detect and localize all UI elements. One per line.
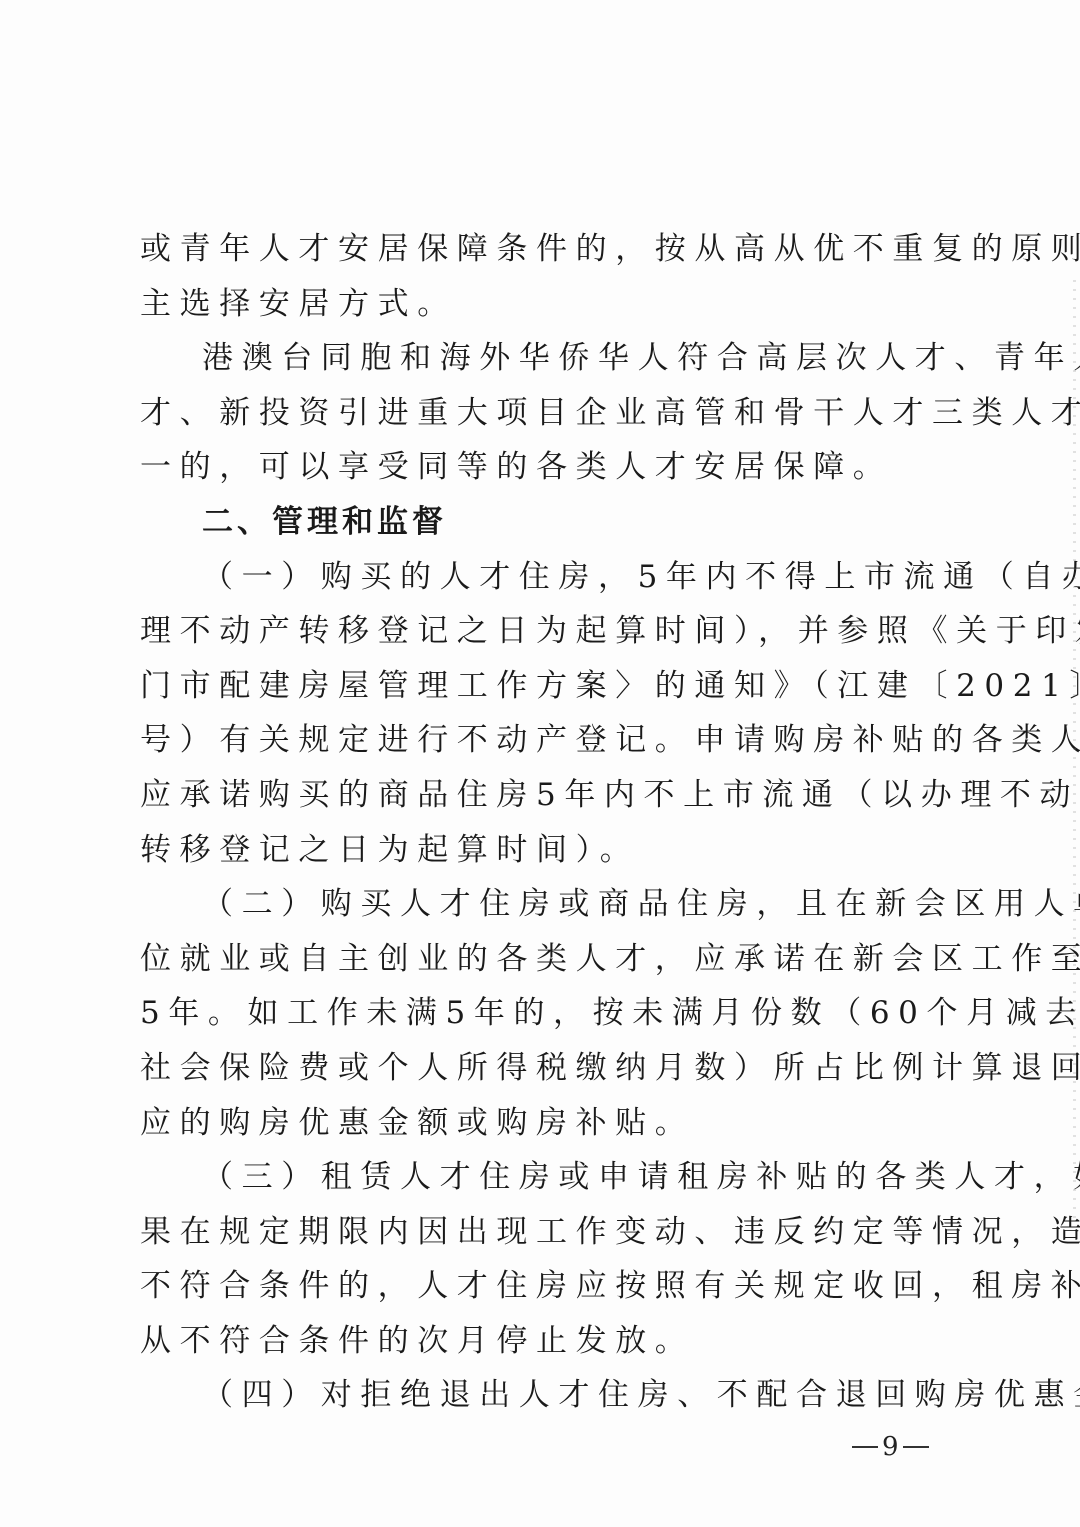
page-number: 9	[852, 1432, 929, 1462]
paragraph-start: （一）购买的人才住房，5年内不得上市流通（自办	[140, 550, 920, 605]
text-line: 从不符合条件的次月停止发放。	[140, 1314, 920, 1369]
text-line: 号）有关规定进行不动产登记。申请购房补贴的各类人才，	[140, 713, 920, 768]
scan-artifact	[1073, 280, 1076, 1220]
paragraph-start: （四）对拒绝退出人才住房、不配合退回购房优惠金	[140, 1368, 920, 1423]
text-line: 应承诺购买的商品住房5年内不上市流通（以办理不动产	[140, 768, 920, 823]
text-line: 位就业或自主创业的各类人才，应承诺在新会区工作至少	[140, 932, 920, 987]
text-line: 或青年人才安居保障条件的，按从高从优不重复的原则自	[140, 222, 920, 277]
document-page: 或青年人才安居保障条件的，按从高从优不重复的原则自 主选择安居方式。 港澳台同胞…	[0, 0, 1080, 1527]
text-line: 应的购房优惠金额或购房补贴。	[140, 1096, 920, 1151]
paragraph-start: （三）租赁人才住房或申请租房补贴的各类人才，如	[140, 1150, 920, 1205]
text-line: 5年。如工作未满5年的，按未满月份数（60个月减去其	[140, 986, 920, 1041]
text-line: 不符合条件的，人才住房应按照有关规定收回，租房补贴	[140, 1259, 920, 1314]
text-line: 转移登记之日为起算时间）。	[140, 823, 920, 878]
dash-decoration	[852, 1446, 878, 1448]
dash-decoration	[903, 1446, 929, 1448]
paragraph-start: （二）购买人才住房或商品住房，且在新会区用人单	[140, 877, 920, 932]
text-line: 一的，可以享受同等的各类人才安居保障。	[140, 440, 920, 495]
text-line: 主选择安居方式。	[140, 277, 920, 332]
text-line: 才、新投资引进重大项目企业高管和骨干人才三类人才之	[140, 386, 920, 441]
page-number-value: 9	[882, 1432, 899, 1462]
paragraph-start: 港澳台同胞和海外华侨华人符合高层次人才、青年人	[140, 331, 920, 386]
text-line: 社会保险费或个人所得税缴纳月数）所占比例计算退回相	[140, 1041, 920, 1096]
text-line: 门市配建房屋管理工作方案〉的通知》（江建〔2021〕24	[140, 659, 920, 714]
document-body: 或青年人才安居保障条件的，按从高从优不重复的原则自 主选择安居方式。 港澳台同胞…	[140, 222, 920, 1423]
text-line: 理不动产转移登记之日为起算时间），并参照《关于印发〈江	[140, 604, 920, 659]
section-heading: 二、管理和监督	[140, 495, 920, 550]
text-line: 果在规定期限内因出现工作变动、违反约定等情况，造成	[140, 1205, 920, 1260]
